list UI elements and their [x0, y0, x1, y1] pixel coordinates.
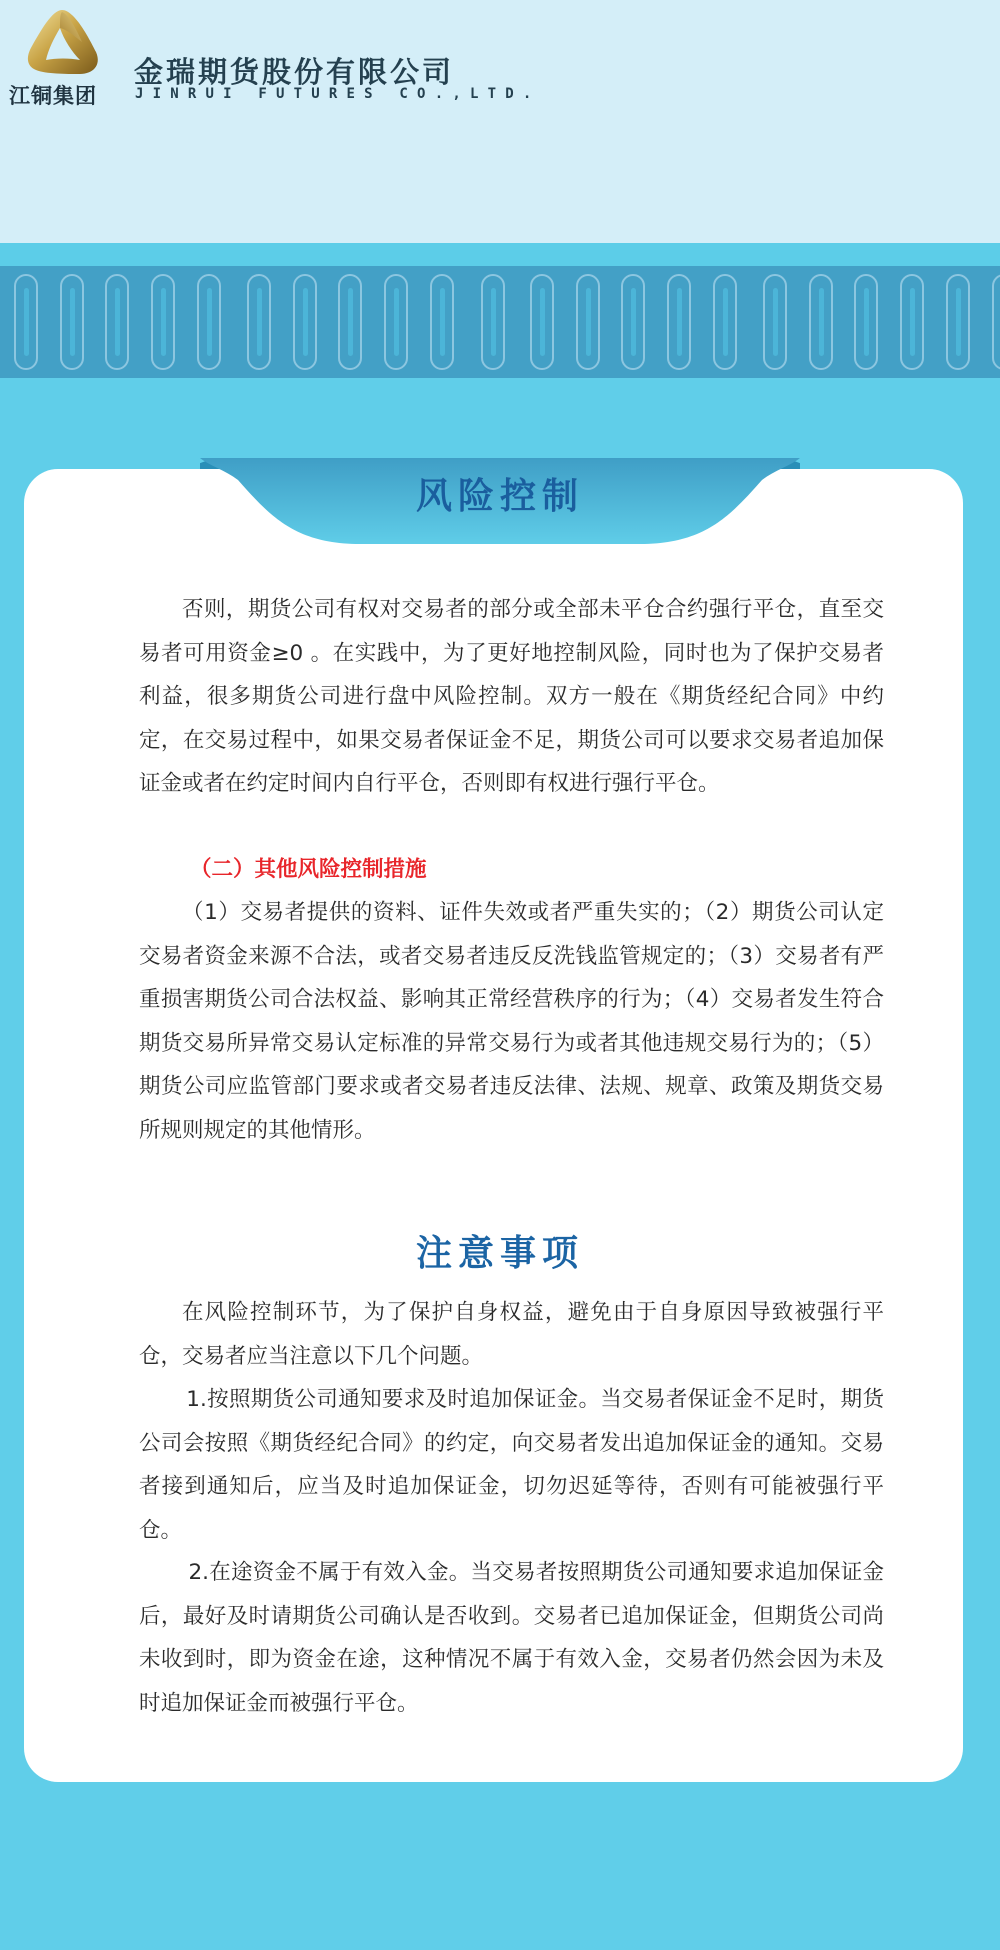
pill-decoration [667, 274, 691, 370]
pill-decoration [946, 274, 970, 370]
paragraph-text: 否则，期货公司有权对交易者的部分或全部未平仓合约强行平仓，直至交易者可用资金≥0… [139, 588, 884, 806]
pill-decoration [60, 274, 84, 370]
pill-decoration [900, 274, 924, 370]
risk-control-paragraph: 否则，期货公司有权对交易者的部分或全部未平仓合约强行平仓，直至交易者可用资金≥0… [139, 588, 884, 806]
pill-decoration [293, 274, 317, 370]
pill-decoration [576, 274, 600, 370]
pill-decoration [530, 274, 554, 370]
notes-item-2: 2.在途资金不属于有效入金。当交易者按照期货公司通知要求追加保证金后，最好及时请… [139, 1551, 884, 1725]
section-title-risk-control: 风险控制 [0, 468, 1000, 519]
paragraph-text: （1）交易者提供的资料、证件失效或者严重失实的；（2）期货公司认定交易者资金来源… [139, 891, 884, 1152]
section-title-notes: 注意事项 [0, 1225, 1000, 1276]
pill-decoration [992, 274, 1000, 370]
pill-decoration [621, 274, 645, 370]
pill-decoration [151, 274, 175, 370]
notes-item-1: 1.按照期货公司通知要求及时追加保证金。当交易者保证金不足时，期货公司会按照《期… [139, 1378, 884, 1552]
paragraph-text: 1.按照期货公司通知要求及时追加保证金。当交易者保证金不足时，期货公司会按照《期… [139, 1378, 884, 1552]
pill-decoration [384, 274, 408, 370]
pill-decoration [14, 274, 38, 370]
gold-ribbon-triangle-icon [22, 8, 104, 76]
pill-decoration [713, 274, 737, 370]
decorative-pill-band [0, 266, 1000, 378]
pill-decoration [763, 274, 787, 370]
header: 江铜集团 金瑞期货股份有限公司 JINRUI FUTURES CO.,LTD. [0, 0, 1000, 243]
pill-decoration [105, 274, 129, 370]
company-name-cn: 金瑞期货股份有限公司 [134, 50, 454, 91]
paragraph-text: 在风险控制环节，为了保护自身权益，避免由于自身原因导致被强行平仓，交易者应当注意… [139, 1291, 884, 1378]
other-measures-paragraph: （1）交易者提供的资料、证件失效或者严重失实的；（2）期货公司认定交易者资金来源… [139, 891, 884, 1152]
notes-intro: 在风险控制环节，为了保护自身权益，避免由于自身原因导致被强行平仓，交易者应当注意… [139, 1291, 884, 1378]
stripe-top [0, 243, 1000, 266]
pill-decoration [338, 274, 362, 370]
pill-decoration [197, 274, 221, 370]
pill-decoration [247, 274, 271, 370]
pill-decoration [809, 274, 833, 370]
paragraph-text: 2.在途资金不属于有效入金。当交易者按照期货公司通知要求追加保证金后，最好及时请… [139, 1551, 884, 1725]
pill-decoration [481, 274, 505, 370]
pill-decoration [854, 274, 878, 370]
group-name: 江铜集团 [9, 80, 97, 110]
subheading-other-measures: （二）其他风险控制措施 [190, 848, 427, 892]
pill-decoration [430, 274, 454, 370]
company-name-en: JINRUI FUTURES CO.,LTD. [135, 86, 540, 102]
